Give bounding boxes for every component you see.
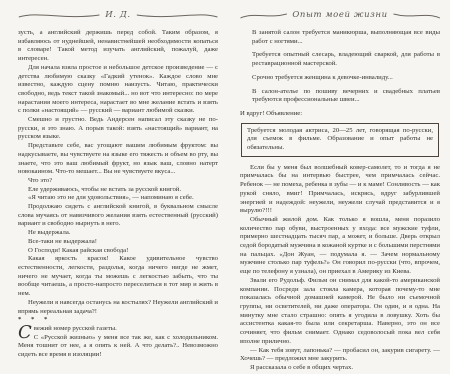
dropcap-rest: С «Русской жизнью» у меня все так же, ка… [18,334,218,358]
left-running-head: И. Д. [18,7,218,22]
classified-ad: Срочно требуется женщина к девочке-инвал… [252,74,440,83]
paragraph: Неужели я навсегда останусь на костылях?… [18,299,218,316]
paragraph: Для начала взяла простое и небольшое дет… [18,64,218,116]
classified-ad: Требуется опытный слесарь, владеющий сва… [252,51,440,68]
paragraph: Представьте себе, вас угощают вашим люби… [18,142,218,177]
header-swash-left-icon [240,10,287,20]
boxed-ad-text: Требуется молодая актриса, 20—25 лет, го… [247,127,433,153]
book-spread: И. Д. зусть, а английский держишь перед … [0,0,450,374]
right-page-body: В занятой салон требуется маникюрша, вып… [240,29,440,373]
paragraph: Обычный жилой дом. Как только я вошла, м… [240,216,440,277]
paragraph: Не выдержала. [18,229,218,238]
header-swash-right-icon [136,10,218,20]
classified-ad: В занятой салон требуется маникюрша, вып… [252,29,440,46]
right-running-head: Опыт моей жизни [240,7,440,22]
drop-cap-letter: С [18,325,34,341]
paragraph: Звали его Рудольф. Фильм он снимал для к… [240,277,440,347]
header-swash-right-icon [393,10,440,20]
paragraph: Еле удерживаюсь, чтобы не встать за русс… [18,186,218,195]
paragraph: Смешно и грустно. Ведь Андерсен написал … [18,116,218,142]
paragraph: — Как тебя зовут, лапонька? — пробасил о… [240,347,440,364]
section-break: * * * [18,316,218,325]
left-page-body: зусть, а английский держишь перед собой.… [18,29,218,360]
paragraph: Что это? [18,177,218,186]
left-page-header-text: И. Д. [100,10,135,20]
boxed-advertisement: Требуется молодая актриса, 20—25 лет, го… [241,123,439,157]
dropcap-first-line: вежий номер русской газеты. [34,325,117,332]
paragraph: Все-таки не выдержала! [18,238,218,247]
paragraph: «Я читаю это не для удовольствия», — нап… [18,194,218,203]
paragraph: Какая яркость красок! Какое удивительное… [18,255,218,299]
paragraph: Если бы у меня был волшебный ковер-самол… [240,164,440,216]
paragraph: Продолжаю сидеть с английской книгой, в … [18,203,218,229]
paragraph: Я рассказала о себе в общих чертах. [240,364,440,373]
classified-ad: В салон-ателье по пошиву вечерних и свад… [252,88,440,105]
dropcap-paragraph: С вежий номер русской газеты. С «Русской… [18,325,218,360]
left-page: И. Д. зусть, а английский держишь перед … [0,0,225,374]
right-page: Опыт моей жизни В занятой салон требуетс… [225,0,450,374]
right-page-header-text: Опыт моей жизни [287,10,392,20]
announcement-intro: И вдруг! Объявление: [240,110,440,119]
paragraph: зусть, а английский держишь перед собой.… [18,29,218,64]
paragraph: О Господи! Какая райская свобода! [18,247,218,256]
header-swash-left-icon [18,10,100,20]
